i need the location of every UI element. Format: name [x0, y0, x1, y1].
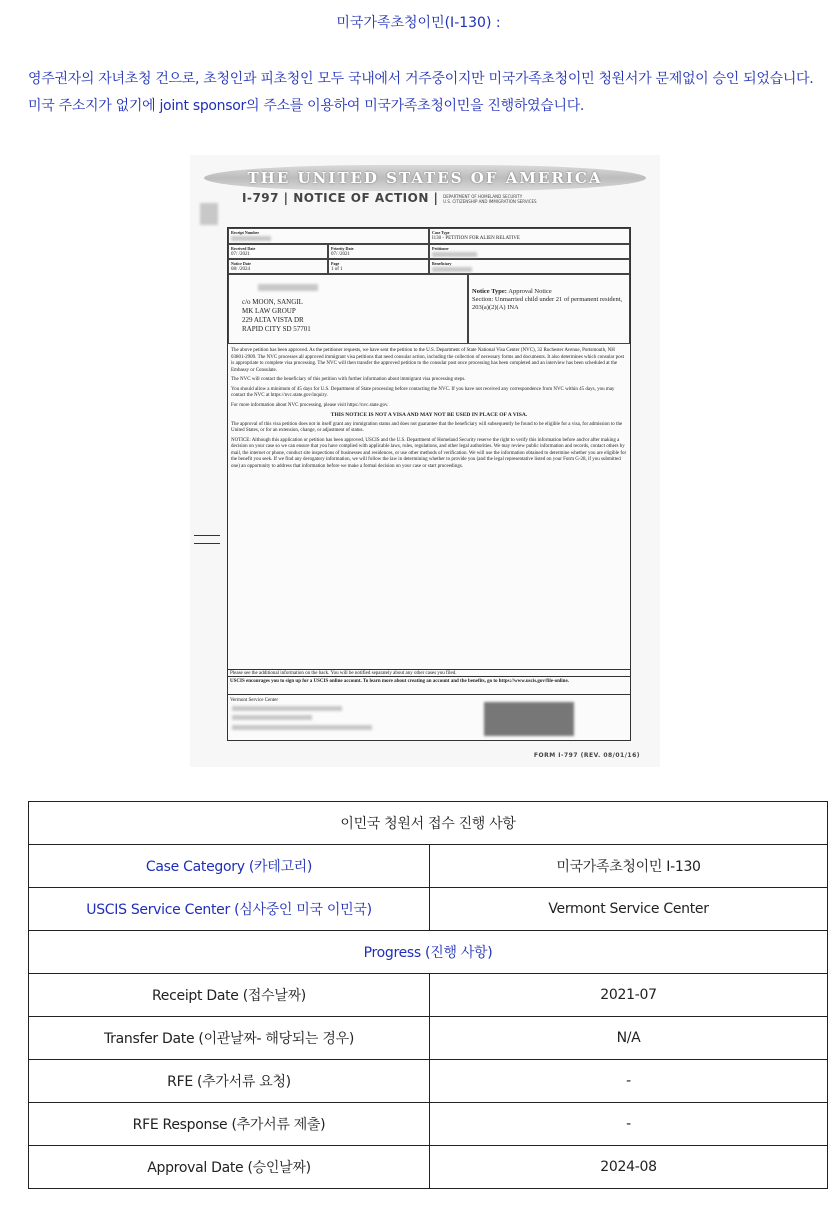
table-row: Transfer Date (이관날짜- 해당되는 경우) N/A — [29, 1017, 828, 1060]
page-value: 1 of 1 — [331, 267, 343, 272]
label: Page — [331, 261, 426, 267]
notice-type: Notice Type: Approval Notice Section: Un… — [472, 288, 632, 312]
table-row: Approval Date (승인날짜) 2024-08 — [29, 1146, 828, 1189]
received-date-value: 07/ /2021 — [231, 252, 250, 257]
address-line: 229 ALTA VISTA DR — [242, 316, 311, 325]
service-center: Vermont Service Center — [230, 698, 278, 703]
paragraph: For more information about NVC processin… — [231, 403, 627, 410]
section-text: Section: Unmarried child under 21 of per… — [472, 296, 622, 311]
row-value: 미국가족초청이민 I-130 — [430, 845, 828, 888]
paragraph: The NVC will contact the beneficiary of … — [231, 377, 627, 384]
case-type-value: I130 - PETITION FOR ALIEN RELATIVE — [432, 236, 520, 241]
notice-body: The above petition has been approved. As… — [231, 348, 627, 473]
paragraph: The above petition has been approved. As… — [231, 348, 627, 374]
row-value: - — [430, 1060, 828, 1103]
redacted-block — [200, 203, 218, 225]
notice-date-value: 08/ /2024 — [231, 267, 250, 272]
divider-line — [194, 543, 220, 544]
paragraph: The approval of this visa petition does … — [231, 422, 627, 435]
row-label: RFE (추가서류 요청) — [29, 1060, 430, 1103]
receipt-number-cell: Receipt Number — [228, 228, 429, 244]
notice-date-cell: Notice Date 08/ /2024 — [228, 259, 328, 274]
page-cell: Page 1 of 1 — [328, 259, 429, 274]
notice-type-label: Notice Type: — [472, 288, 507, 295]
paragraph: You should allow a minimum of 45 days fo… — [231, 387, 627, 400]
row-label: Transfer Date (이관날짜- 해당되는 경우) — [29, 1017, 430, 1060]
table-row: Case Category (카테고리) 미국가족초청이민 I-130 — [29, 845, 828, 888]
priority-date-cell: Priority Date 07/ /2021 — [328, 244, 429, 259]
redacted — [231, 236, 271, 241]
paragraph: NOTICE: Although this application or pet… — [231, 438, 627, 471]
redacted-line — [232, 715, 312, 720]
form-title-text: I-797 | NOTICE OF ACTION | — [242, 191, 438, 205]
row-value: 2021-07 — [430, 974, 828, 1017]
redacted-line — [232, 706, 342, 711]
page-title: 미국가족초청이민(I-130) : — [0, 12, 837, 32]
table-row: RFE Response (추가서류 제출) - — [29, 1103, 828, 1146]
progress-table: 이민국 청원서 접수 진행 사항 Case Category (카테고리) 미국… — [28, 801, 828, 1189]
redacted — [432, 267, 472, 272]
table-row: USCIS Service Center (심사중인 미국 이민국) Vermo… — [29, 888, 828, 931]
department-name: DEPARTMENT OF HOMELAND SECURITY U.S. CIT… — [443, 194, 536, 204]
table-row: Receipt Date (접수날짜) 2021-07 — [29, 974, 828, 1017]
redacted-line — [232, 725, 372, 730]
priority-date-value: 07/ /2021 — [331, 252, 350, 257]
row-value: Vermont Service Center — [430, 888, 828, 931]
received-date-cell: Received Date 07/ /2021 — [228, 244, 328, 259]
form-number: FORM I-797 (REV. 08/01/16) — [534, 752, 640, 759]
progress-header-row: Progress (진행 사항) — [29, 931, 828, 974]
row-value: 2024-08 — [430, 1146, 828, 1189]
table-title: 이민국 청원서 접수 진행 사항 — [29, 802, 828, 845]
petitioner-cell: Petitioner — [429, 244, 630, 259]
redacted-name — [258, 284, 318, 291]
notice-form: Receipt Number Case Type I130 - PETITION… — [227, 227, 631, 741]
row-label: USCIS Service Center (심사중인 미국 이민국) — [29, 888, 430, 931]
divider-line — [194, 535, 220, 536]
mailing-address: c/o MOON, SANGIL MK LAW GROUP 229 ALTA V… — [242, 298, 311, 334]
intro-paragraph: 영주권자의 자녀초청 건으로, 초청인과 피초청인 모두 국내에서 거주중이지만… — [28, 66, 818, 120]
row-label: Approval Date (승인날짜) — [29, 1146, 430, 1189]
beneficiary-cell: Beneficiary — [429, 259, 630, 274]
redacted — [432, 252, 477, 257]
table-row: RFE (추가서류 요청) - — [29, 1060, 828, 1103]
footer-online-account: USCIS encourages you to sign up for a US… — [228, 677, 630, 695]
case-type-cell: Case Type I130 - PETITION FOR ALIEN RELA… — [429, 228, 630, 244]
dept-line-2: U.S. CITIZENSHIP AND IMMIGRATION SERVICE… — [443, 199, 536, 204]
row-label: Receipt Date (접수날짜) — [29, 974, 430, 1017]
redacted-barcode — [484, 702, 574, 736]
row-value: N/A — [430, 1017, 828, 1060]
i797-notice-image: THE UNITED STATES OF AMERICA I-797 | NOT… — [190, 155, 660, 767]
row-label: Case Category (카테고리) — [29, 845, 430, 888]
address-line: MK LAW GROUP — [242, 307, 311, 316]
row-value: - — [430, 1103, 828, 1146]
notice-type-value: Approval Notice — [508, 288, 552, 295]
progress-title: Progress (진행 사항) — [29, 931, 828, 974]
address-line: RAPID CITY SD 57701 — [242, 325, 311, 334]
table-header-row: 이민국 청원서 접수 진행 사항 — [29, 802, 828, 845]
address-line: c/o MOON, SANGIL — [242, 298, 311, 307]
usa-banner: THE UNITED STATES OF AMERICA — [204, 165, 646, 191]
footer-additional-info: Please see the additional information on… — [228, 669, 630, 677]
not-a-visa-warning: THIS NOTICE IS NOT A VISA AND MAY NOT BE… — [231, 412, 627, 419]
form-title: I-797 | NOTICE OF ACTION | DEPARTMENT OF… — [242, 191, 537, 205]
row-label: RFE Response (추가서류 제출) — [29, 1103, 430, 1146]
